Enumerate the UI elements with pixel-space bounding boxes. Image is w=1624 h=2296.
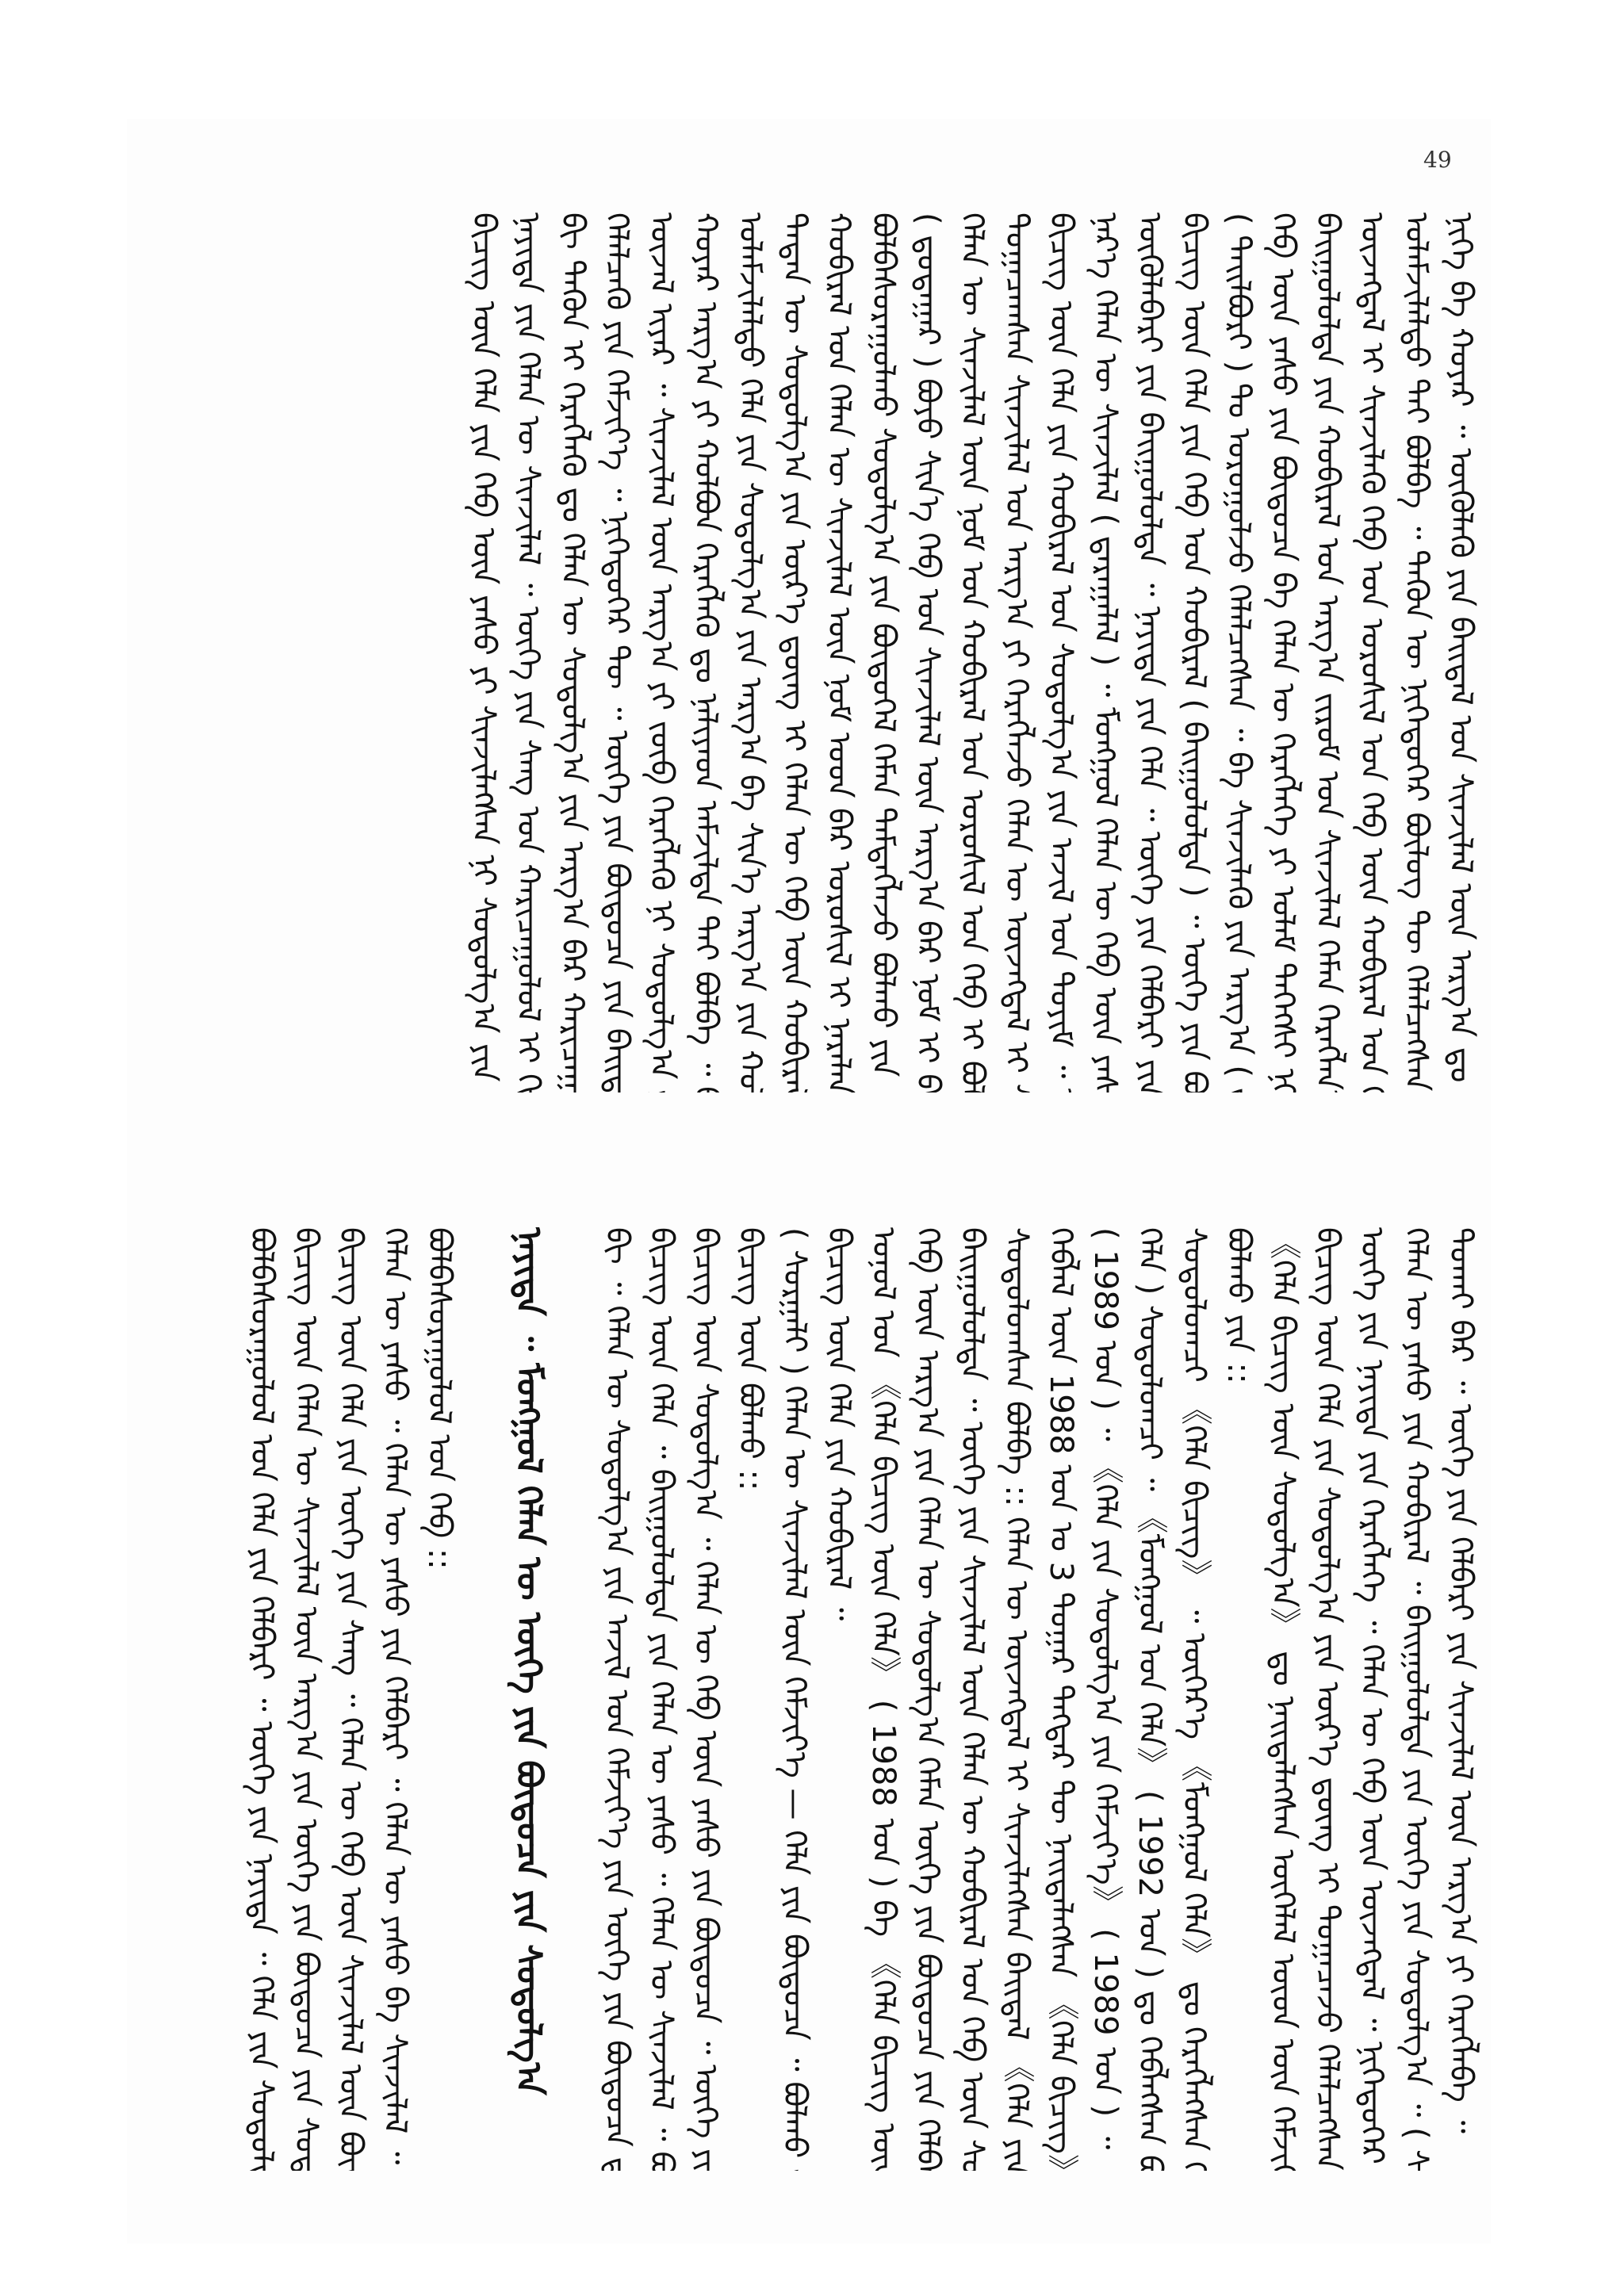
text-line: ᠪᠢᠴᠢᠭ ᠦᠨ ᠬᠡᠯᠡᠨ ᠦ ᠰᠢᠨᠵᠢᠯᠡᠯ ᠦᠨ ᠠᠷᠭ᠎ᠠ ᠶᠢᠨ ᠦ… — [284, 1227, 328, 2171]
text-line: ᠣᠨᠣᠯ ᠤᠨ 《ᠬᠡᠯᠡ ᠪᠢᠴᠢᠭ ᠦᠨ ᠬᠡᠯᠡ》 ( 1988 ᠣᠨ )… — [861, 1227, 906, 2171]
text-line: ᠪᠢᠴᠢᠭ ᠦᠨ ᠪᠣᠯᠬᠤ :: — [728, 1227, 772, 2171]
text-line: ᠲᠡᠳᠡᠨ ᠦ ᠰᠤᠳᠤᠯᠭ᠎ᠠ ᠶᠢᠨ ᠦᠷ᠎ᠡ ᠳ᠋ᠦᠩ ᠢ ᠬᠡᠯᠡᠨ ᠦ… — [772, 212, 817, 1093]
text-line: ᠰᠤᠳᠤᠯᠤᠭᠰᠠᠨ ᠪᠣᠯᠪᠠ :: ᠬᠡᠯᠡᠨ ᠦ ᠦᠵᠡᠭᠳᠡᠯ ᠢ ᠰᠢ… — [994, 1227, 1039, 2171]
text-line: ᠬᠤᠪᠢᠷᠠᠯ ᠤᠨ ᠬᠡᠯᠡᠨ ᠦ ᠰᠢᠨᠵᠢᠯᠡᠯ ᠦᠨ ᠨᠣᠮ ᠤᠳ ᠪᠡ… — [817, 212, 861, 1093]
text-line: ᠪᠣᠯᠬᠤ ᠶᠢᠨ :: — [1216, 1227, 1261, 2171]
text-line: ᠤᠯᠠᠮᠵᠢᠯᠠᠯᠲᠤ ᠬᠡᠯᠡ ᠶᠢᠨ ᠰᠤᠳᠤᠯᠭ᠎ᠠ ᠶᠢᠨ ᠠᠷᠭ᠎ᠠ … — [728, 212, 772, 1093]
page-number: 49 — [1423, 147, 1452, 173]
text-line: ( ᠲᠠᠢᠯᠪᠤᠷᠢ ) ᠲᠤ ᠣᠷᠤᠭᠤᠯᠵᠤ ᠬᠡᠯᠡᠯᠴᠡᠭᠰᠡᠨ ᠃ ᠪ… — [1216, 212, 1261, 1093]
text-line: ᠪᠣᠯᠪᠠᠰᠤᠷᠠᠭᠤᠯᠤᠯ ᠤᠨ ᠬᠡᠯᠡ ᠶᠢᠨ ᠬᠡᠯᠪᠡᠷᠢ ᠃ ᠦᠭᠡ… — [239, 1227, 284, 2171]
text-line: ᠪᠠᠢᠭᠤᠯᠤᠯᠲᠠ ᠃ ᠦᠭᠡ ᠶᠢᠨ ᠰᠢᠨᠵᠢᠯᠡᠯ ᠦᠨ ᠬᠡᠯᠡᠨ ᠦ… — [950, 1227, 994, 2171]
text-line: ᠪᠢᠴᠢᠭ ᠦᠨ ᠬᠡᠯᠡ ᠶᠢᠨ ᠬᠡᠪ ᠦᠨ ᠶᠠᠰᠤ ᠶᠢ ᠰᠢᠨᠵᠢᠯᠡ… — [462, 212, 506, 1093]
text-block-bottom: ᠲᠤᠬᠠᠢ ᠪᠡᠷ ᠃ ᠦᠭᠡ ᠶᠢᠨ ᠬᠡᠯᠪᠡᠷᠢ ᠶᠢᠨ ᠰᠢᠨᠵᠢᠯᠡᠯ… — [163, 1227, 1483, 2171]
text-line: ᠲᠤᠬᠠᠢ ᠪᠡᠷ ᠃ ᠦᠭᠡ ᠶᠢᠨ ᠬᠡᠯᠪᠡᠷᠢ ᠶᠢᠨ ᠰᠢᠨᠵᠢᠯᠡᠯ… — [1438, 1227, 1483, 2171]
text-line: ( ᠳ᠋ᠤᠲᠠᠭᠠᠷ ) ᠪᠤᠶᠤ ᠰᠢᠨ᠎ᠡ ᠬᠡᠪ ᠤᠨ ᠰᠢᠨᠵᠢᠯᠡᠯ … — [906, 212, 950, 1093]
text-line: ᠰᠤᠳᠤᠯᠤᠭᠴᠢ 《ᠬᠡᠯᠡ ᠪᠢᠴᠢᠭ》 ᠃ ᠥᠭᠡᠷ᠎ᠡ 《ᠮᠣᠩᠭᠣᠯ … — [1172, 1227, 1216, 2171]
text-line: ᠬᠡᠯᠡᠨ ᠦ ᠶᠠᠰᠤ ᠶᠢᠨ ᠬᠤᠪᠢᠷᠠᠯ ᠃ ᠪᠠᠢᠭᠤᠯᠤᠯᠲᠠ ᠶᠢ… — [1394, 1227, 1438, 2171]
spacer — [550, 1227, 595, 2171]
text-line: ᠪᠢᠴᠢᠭ ᠦᠨ ᠬᠡᠯᠡ ᠃ ᠪᠠᠢᠭᠤᠯᠤᠯᠲᠠ ᠶᠢᠨ ᠬᠡᠯᠡᠨ ᠦ ᠶ… — [639, 1227, 684, 2171]
text-line: ᠬᠡᠪ ᠦᠨ ᠠᠷᠭ᠎ᠠ ᠶᠢᠨ ᠬᠡᠯᠡᠨ ᠦ ᠰᠤᠳᠤᠯᠭ᠎ᠠ ᠬᠡᠮᠡᠨ … — [906, 1227, 950, 2171]
text-line: ᠪᠢ ᠃ ᠬᠡᠯᠡᠨ ᠦ ᠰᠤᠳᠤᠯᠭ᠎ᠠ ᠶᠢᠨ ᠠᠵᠢᠯ ᠤᠨ ᠬᠡᠮᠵᠢᠶ… — [595, 1227, 639, 2171]
text-line: ᠬᠣᠶᠠᠷ ᠠᠷᠭ᠎ᠠ ᠶᠢ ᠬᠤᠯᠪᠣᠨ ᠬᠡᠷᠡᠭᠯᠡᠬᠦ ᠳᠤ ᠨᠡᠯᠢᠶ… — [684, 212, 728, 1093]
text-line: ( ᠰᠤᠷᠭᠠᠯᠢ ) ᠬᠡᠯᠡᠨ ᠦ ᠰᠢᠨᠵᠢᠯᠡᠯ ᠦᠨ ᠬᠡᠮᠵᠢᠶ᠎ᠡ… — [772, 1227, 817, 2171]
text-line: ( 1989 ᠣᠨ ) ᠃ 《ᠬᠡᠯᠡ ᠶᠢᠨ ᠰᠤᠳᠤᠯᠭ᠎ᠠ ᠶᠢᠨ ᠬᠡᠮ… — [1083, 1227, 1128, 2171]
text-line: ᠦᠵᠡᠯ ᠢᠶᠡᠷ ᠃ ᠰᠢᠨᠵᠢᠯᠡᠯ ᠦᠨ ᠠᠷᠭ᠎ᠠ ᠶᠢ ᠵᠥᠪ ᠬᠡᠷ… — [639, 212, 684, 1093]
text-line: ᠪᠢᠴᠢᠭ ᠦᠨ ᠬᠡᠯᠡ ᠶᠢᠨ ᠬᠡᠪ ᠤᠨ ᠬᠤᠪᠢᠷᠠᠯ ( ᠪᠠᠢᠭᠤ… — [1172, 212, 1216, 1093]
text-line: ᠬᠡᠪ ᠦᠨ ᠶᠠᠰᠤ ᠶᠢᠨ ᠪᠦᠲᠦᠴᠡ ᠪᠠ ᠬᠡᠯᠡᠨ ᠦ ᠬᠡᠷᠡᠭᠯ… — [1261, 212, 1305, 1093]
text-line: ᠪᠢᠴᠢᠭ ᠦᠨ ᠰᠤᠳᠤᠯᠭ᠎ᠠ ᠃ ᠬᠡᠯᠡᠨ ᠦ ᠬᠡᠪ ᠦᠨ ᠶᠠᠰᠤ … — [684, 1227, 728, 2171]
text-line: ᠪᠢᠴᠢᠭ ᠦᠨ ᠬᠡᠯᠡ ᠶᠢᠨ ᠬᠤᠪᠢᠷᠠᠯ ᠃ — [817, 1227, 861, 2171]
text-line: 《ᠬᠡᠯᠡ ᠪᠢᠴᠢᠭ ᠦᠨ ᠰᠤᠳᠤᠯᠭ᠎ᠠ》 ᠳᠤ ᠨᠡᠢᠲᠡᠯᠡᠭᠰᠡᠨ … — [1261, 1227, 1305, 2171]
text-line: ᠪᠠᠢᠭᠤᠯᠤᠯᠲᠠ ᠶᠢᠨ ᠬᠤᠪᠢᠷᠠᠯ ᠤᠨ ᠠᠷᠭ᠎ᠠ ᠵᠢᠷᠤᠮ ᠤᠨ… — [1305, 212, 1350, 1093]
text-line: ᠨᠢᠭᠡ ᠪᠠ ᠬᠣᠶᠠᠷ ᠃ ᠥᠭᠦᠯᠡᠬᠦ ᠶᠢᠨ ᠪᠠᠢᠳᠠᠯ ᠤᠨ ᠰᠢ… — [1438, 212, 1483, 1093]
text-line: ᠪᠢ ᠲᠡᠭᠦᠨ ᠢ ᠬᠡᠷᠡᠭᠯᠡᠬᠦ ᠳᠤ ᠬᠡᠯᠡᠨ ᠦ ᠰᠤᠳᠤᠯᠭ᠎ᠠ… — [550, 212, 595, 1093]
text-line: ᠬᠡᠯᠡ ) ᠰᠤᠳᠤᠯᠤᠭᠴᠢ ᠃ 《ᠮᠣᠩᠭᠣᠯ ᠤᠨ ᠬᠡᠯᠡ》 ( 19… — [1128, 1227, 1172, 2171]
text-line: ᠤᠯᠠᠮᠵᠢᠯᠠᠯᠲᠤ ᠲᠠᠢ ᠪᠤᠯᠪᠠ ᠃ ᠲᠡᠭᠦᠨ ᠦ ᠨᠢᠭᠡᠳᠦᠭᠡ… — [1394, 212, 1438, 1093]
text-line: ᠲᠣᠭᠠᠴᠠᠭᠰᠠᠨ ᠰᠢᠨᠵᠢᠯᠡᠯ ᠤᠨ ᠠᠷᠭ᠎ᠠ ᠶᠢ ᠬᠡᠷᠡᠭᠯᠡᠵ… — [994, 212, 1039, 1093]
text-line: ᠪᠢᠴᠢᠭ ᠦᠨ ᠬᠡᠯᠡ ᠶᠢᠨ ᠦᠭᠡ ᠶᠢᠨ ᠰᠠᠩ ᠃ ᠬᠡᠯᠡᠨ ᠦ … — [328, 1227, 373, 2171]
text-line: ᠪᠣᠯᠪᠠᠰᠤᠷᠠᠭᠤᠯᠬᠤ ᠰᠤᠳᠤᠯᠭ᠎ᠠ ᠶᠢᠨ ᠪᠦᠲᠦᠭᠡᠯ ᠬᠡᠮᠡ… — [861, 212, 906, 1093]
text-line: ᠪᠣᠯᠪᠠᠰᠤᠷᠠᠭᠤᠯᠤᠯ ᠤᠨ ᠬᠡᠪ :: — [417, 1227, 462, 2171]
text-line: ᠪᠢᠴᠢᠭ ᠦᠨ ᠬᠡᠯᠡ ᠶᠢᠨ ᠬᠤᠪᠢᠷᠠᠯ ᠤᠨ ᠰᠤᠳᠤᠯᠭ᠎ᠠ ᠶᠢ… — [1039, 212, 1083, 1093]
section-heading: ᠨᠡᠶᠢᠲᠡ ᠃ ᠮᠣᠩᠭᠣᠯ ᠬᠡᠯᠡᠨ ᠦ ᠦᠭᠡ ᠶᠢᠨ ᠪᠦᠲᠦᠴᠡ ᠶ… — [506, 1227, 550, 2171]
text-line: ᠪᠢᠴᠢᠭ ᠦᠨ ᠬᠡᠯᠡ ᠶᠢᠨ ᠰᠤᠳᠤᠯᠭ᠎ᠠ ᠶᠢᠨ ᠦᠷ᠎ᠡ ᠳ᠋ᠦᠩ… — [1305, 1227, 1350, 2171]
text-line: ᠨᠡᠷ᠎ᠡ ᠬᠡᠯᠡᠨ ᠦ ᠰᠢᠨᠵᠢᠯᠡᠯ ( ᠳ᠋ᠠᠷᠠᠭᠠᠯᠠᠯ ) ᠃ … — [1083, 212, 1128, 1093]
text-line: ᠬᠡᠪᠯᠡᠯ ᠦᠨ 1988 ᠣᠨ ᠤ 3 ᠳᠤᠭᠠᠷ ᠳᠡᠭᠳᠡᠷ ᠲᠦ ᠨᠡ… — [1039, 1227, 1083, 2171]
text-line: ᠬᠡᠯᠡᠨ ᠦ ᠰᠢᠨᠵᠢᠯᠡᠯ ᠦᠨ ᠨᠣᠮ ᠤᠨ ᠬᠤᠪᠢᠷᠠᠯ ᠤᠨ ᠤᠷ… — [950, 212, 994, 1093]
spacer — [462, 1227, 506, 2171]
text-line: ᠨᠡᠶᠢᠲᠡ ᠶᠢᠨ ᠬᠡᠯᠡᠨ ᠦ ᠰᠢᠨᠵᠢᠯᠡᠯ ᠃ ᠦᠭᠡ ᠶᠢᠨ ᠰᠠ… — [506, 212, 550, 1093]
text-block-top: ᠨᠢᠭᠡ ᠪᠠ ᠬᠣᠶᠠᠷ ᠃ ᠥᠭᠦᠯᠡᠬᠦ ᠶᠢᠨ ᠪᠠᠢᠳᠠᠯ ᠤᠨ ᠰᠢ… — [163, 212, 1483, 1093]
text-line: ᠬᠡᠯᠡᠯᠴᠡᠬᠦ ᠶᠢᠨ ᠬᠡᠮᠵᠢᠶ᠎ᠡ ᠃ ᠨᠢᠭᠡᠳᠦᠭᠡᠷ ᠲᠦ ᠃ … — [595, 212, 639, 1093]
text-line: ᠦᠵᠡᠭᠳᠡᠯ ᠢ ᠰᠢᠨᠵᠢᠯᠡᠬᠦ ᠬᠡᠪ ᠤᠨ ᠤᠷᠤᠰᠢᠯ ᠤᠨ ᠬᠡᠪ… — [1350, 212, 1394, 1093]
text-line: ᠦᠭᠡ ᠶᠢᠨ ᠨᠡᠶᠢᠲᠡ ᠶᠢᠨ ᠬᠡᠷᠡᠭᠯᠡᠭᠡ ᠃ ᠬᠡᠯᠡᠨ ᠦ ᠬ… — [1350, 1227, 1394, 2171]
text-line: ᠬᠡᠯᠡᠨ ᠦ ᠶᠠᠰᠤ ᠃ ᠬᠡᠯᠡᠨ ᠦ ᠶᠠᠰᠤ ᠶᠢᠨ ᠬᠡᠯᠪᠡᠷᠢ … — [373, 1227, 417, 2171]
text-line: ᠦᠭᠦᠯᠡᠪᠡᠷᠢ ᠶᠢᠨ ᠪᠠᠢᠭᠤᠯᠤᠯᠲᠠ ᠃ ᠨᠡᠶᠢᠲᠡ ᠶᠢᠨ ᠬᠡ… — [1128, 212, 1172, 1093]
